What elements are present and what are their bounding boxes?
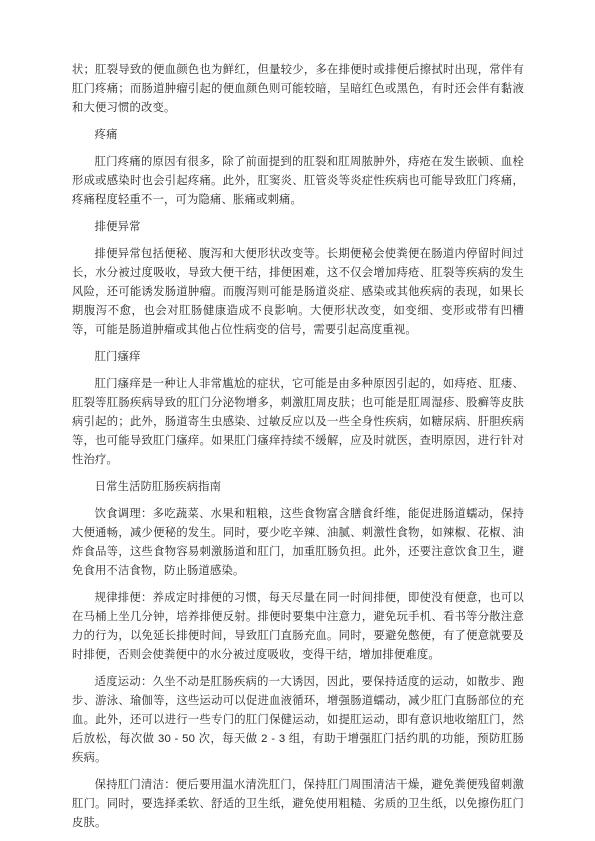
document-page: 状；肛裂导致的便血颜色也为鲜红，但量较少，多在排便时或排便后擦拭时出现，常伴有肛… [0, 0, 595, 841]
document-body: 状；肛裂导致的便血颜色也为鲜红，但量较少，多在排便时或排便后擦拭时出现，常伴有肛… [72, 61, 524, 833]
paragraph: 排便异常包括便秘、腹泻和大便形状改变等。长期便秘会使粪便在肠道内停留时间过长，水… [72, 245, 524, 340]
paragraph: 保持肛门清洁：便后要用温水清洗肛门，保持肛门周围清洁干燥，避免粪便残留刺激肛门。… [72, 776, 524, 833]
paragraph: 肛门疼痛的原因有很多，除了前面提到的肛裂和肛周脓肿外，痔疮在发生嵌顿、血栓形成或… [72, 153, 524, 210]
paragraph: 规律排便：养成定时排便的习惯，每天尽量在同一时间排便，即使没有便意，也可以在马桶… [72, 589, 524, 665]
paragraph: 状；肛裂导致的便血颜色也为鲜红，但量较少，多在排便时或排便后擦拭时出现，常伴有肛… [72, 61, 524, 118]
paragraph: 适度运动：久坐不动是肛肠疾病的一大诱因，因此，要保持适度的运动，如散步、跑步、游… [72, 673, 524, 768]
section-heading: 肛门瘙痒 [72, 348, 524, 367]
paragraph: 肛门瘙痒是一种让人非常尴尬的症状，它可能是由多种原因引起的，如痔疮、肛瘘、肛裂等… [72, 375, 524, 470]
section-heading: 日常生活防肛肠疾病指南 [72, 478, 524, 497]
section-heading: 疼痛 [72, 126, 524, 145]
section-heading: 排便异常 [72, 218, 524, 237]
paragraph: 饮食调理：多吃蔬菜、水果和粗粮，这些食物富含膳食纤维，能促进肠道蠕动，保持大便通… [72, 505, 524, 581]
